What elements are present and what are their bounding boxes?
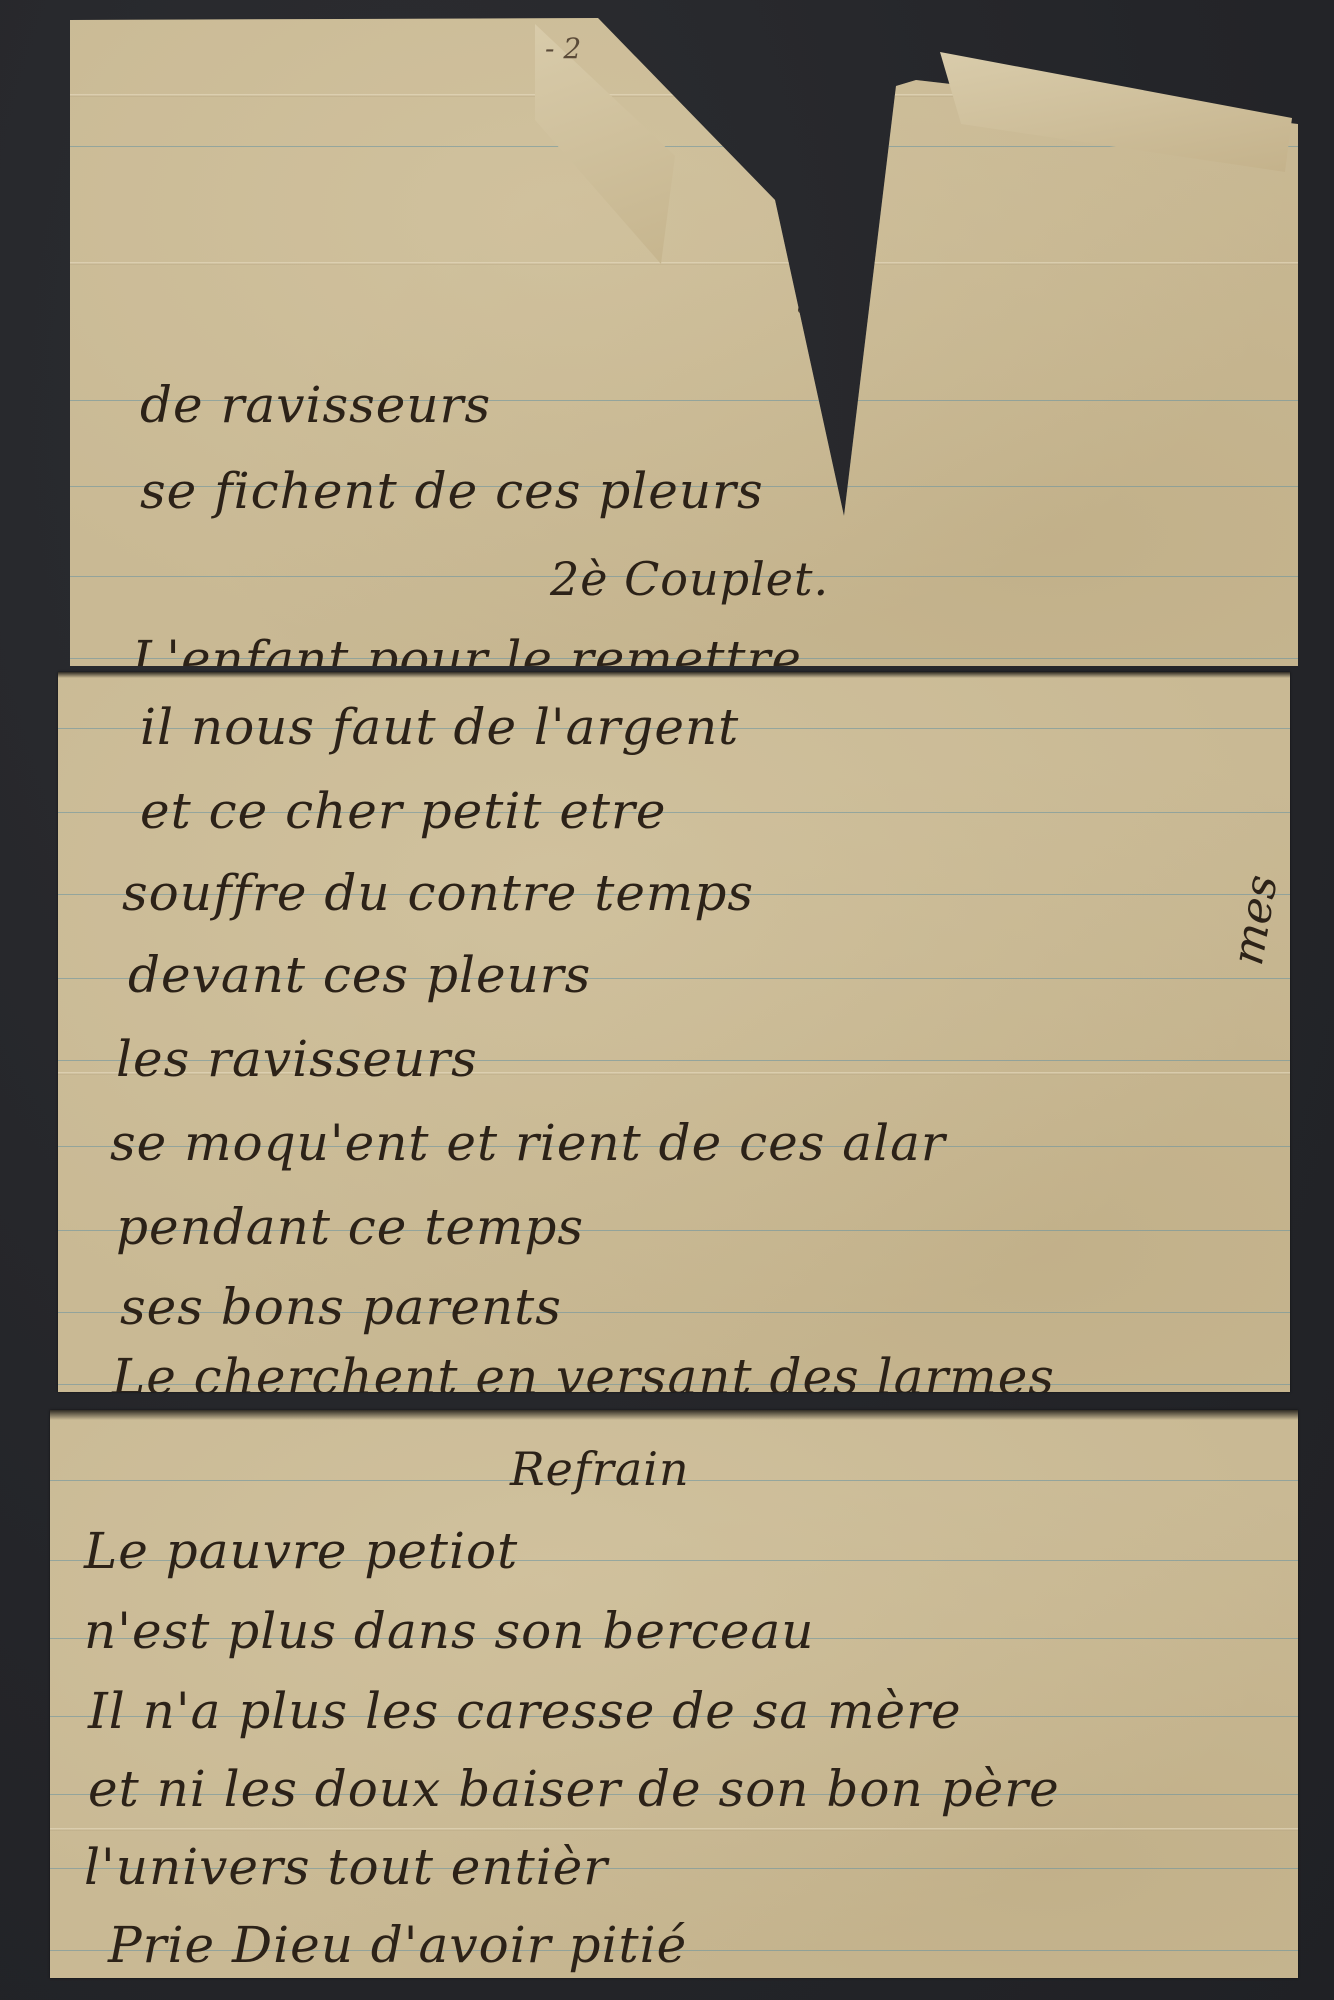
lyric-line: souffre du contre temps [122, 868, 754, 918]
lyric-line: l'univers tout entièr [84, 1842, 608, 1892]
lyric-line: il nous faut de l'argent [140, 702, 739, 752]
lyric-line: se fichent de ces pleurs [140, 466, 764, 516]
lyric-line: les ravisseurs [116, 1034, 478, 1084]
lyric-line: L'enfant pour le remettre [132, 634, 802, 666]
lyric-line: se moqu'ent et rient de ces alar [110, 1118, 946, 1168]
section-heading-refrain: Refrain [510, 1446, 690, 1492]
section-heading-couplet: 2è Couplet. [550, 556, 829, 602]
paper-panel-middle: il nous faut de l'argent et ce cher peti… [58, 672, 1290, 1392]
lyric-line: Le pauvre petiot [84, 1526, 518, 1576]
paper-panel-bottom: Refrain Le pauvre petiot n'est plus dans… [50, 1410, 1298, 1978]
lyric-line: n'est plus dans son berceau [84, 1606, 814, 1656]
page-number-mark: - 2 [545, 32, 581, 65]
fold-crease [70, 262, 1298, 265]
lyric-line: Prie Dieu d'avoir pitié [108, 1920, 687, 1970]
lyric-line: devant ces pleurs [128, 950, 591, 1000]
fold-crease [50, 1828, 1298, 1831]
lyric-line: et ni les doux baiser de son bon père [88, 1764, 1060, 1814]
lyric-line: et ce cher petit etre [140, 786, 667, 836]
lyric-line: Le cherchent en versant des larmes [112, 1352, 1055, 1392]
lyric-line: ses bons parents [120, 1282, 562, 1332]
lyric-line: pendant ce temps [116, 1202, 584, 1252]
tear-edge [58, 672, 1290, 678]
lyric-line: Il n'a plus les caresse de sa mère [88, 1686, 962, 1736]
lyric-line: de ravisseurs [140, 380, 491, 430]
tear-edge [50, 1410, 1298, 1420]
